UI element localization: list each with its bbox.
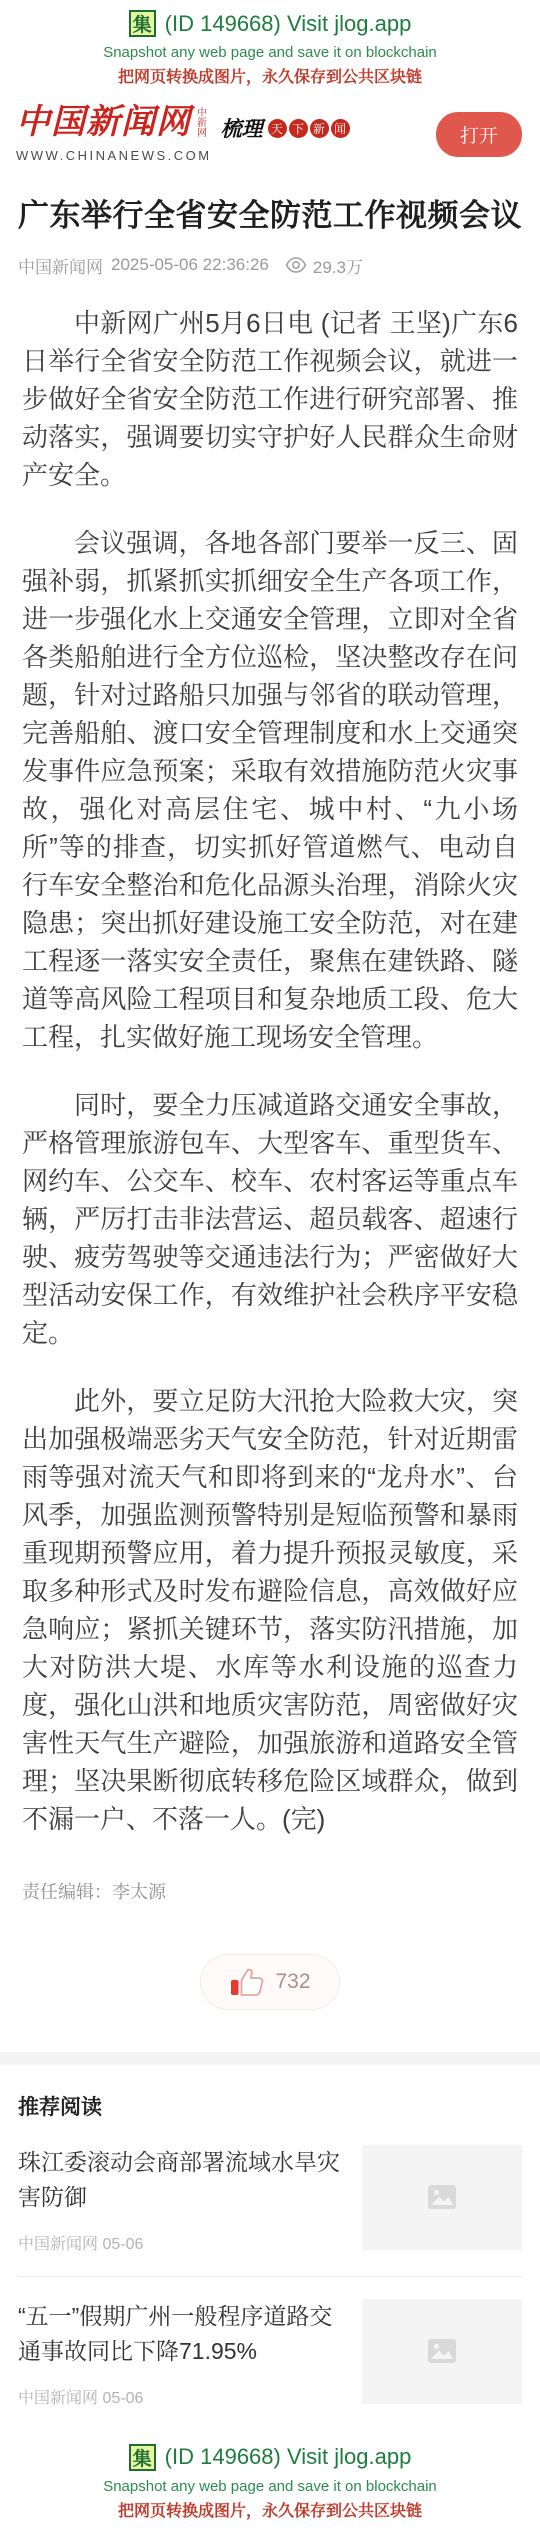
recommend-item-title[interactable]: 珠江委滚动会商部署流域水旱灾害防御 [18,2145,346,2215]
section-divider-band [0,2052,540,2065]
recommend-item[interactable]: 珠江委滚动会商部署流域水旱灾害防御 中国新闻网 05-06 [18,2145,522,2254]
recommend-divider [18,2276,522,2277]
jlog-ji-icon: 集 [129,2444,156,2471]
recommend-item-thumbnail[interactable] [362,2145,522,2250]
thumbs-up-icon [229,1967,265,1997]
jlog-banner-bottom[interactable]: 集 (ID 149668) Visit jlog.app Snapshot an… [0,2434,540,2521]
like-button[interactable]: 732 [200,1954,339,2010]
article-source: 中国新闻网 [18,253,103,278]
editor-line: 责任编辑：李太源 [22,1878,518,1904]
jlog-banner-title: (ID 149668) Visit jlog.app [165,2444,412,2470]
recommend-item-title[interactable]: “五一”假期广州一般程序道路交通事故同比下降71.95% [18,2299,346,2369]
image-placeholder-icon [427,2184,457,2210]
article-meta: 中国新闻网 2025-05-06 22:36:26 29.3万 [18,253,522,278]
article-datetime: 2025-05-06 22:36:26 [111,255,269,275]
logo-side-text: 中新网 [194,107,205,137]
article-title: 广东举行全省安全防范工作视频会议 [18,195,522,237]
jlog-banner-subtitle-en: Snapshot any web page and save it on blo… [0,44,540,61]
article-paragraph: 此外，要立足防大汛抢大险救大灾，突出加强极端恶劣天气安全防范，针对近期雷雨等强对… [22,1382,518,1838]
slogan-stamp-icon: 天 [268,119,287,138]
jlog-banner-title: (ID 149668) Visit jlog.app [165,11,412,37]
logo-calligraphy-text: 中国新闻网 [16,105,191,141]
logo-url-text: WWW.CHINANEWS.COM [16,148,350,163]
jlog-banner-subtitle-en: Snapshot any web page and save it on blo… [0,2478,540,2495]
like-count: 732 [275,1970,310,1994]
view-count: 29.3万 [313,253,363,278]
image-placeholder-icon [427,2338,457,2364]
jlog-banner-subtitle-zh: 把网页转换成图片，永久保存到公共区块链 [0,64,540,87]
recommend-item-thumbnail[interactable] [362,2299,522,2404]
chinanews-logo[interactable]: 中国新闻网 中新网 梳理 天 下 新 闻 WWW.CHINANEWS.COM [16,105,350,163]
jlog-banner-subtitle-zh: 把网页转换成图片，永久保存到公共区块链 [0,2498,540,2521]
recommend-item-source: 中国新闻网 05-06 [18,2231,346,2254]
jlog-ji-icon: 集 [129,10,156,37]
slogan-prefix-text: 梳理 [221,113,263,143]
views-eye-icon [285,257,307,273]
slogan-stamp-icon: 下 [289,119,308,138]
slogan-stamp-icon: 新 [310,119,329,138]
open-app-button[interactable]: 打开 [436,112,522,157]
site-header: 中国新闻网 中新网 梳理 天 下 新 闻 WWW.CHINANEWS.COM 打… [0,87,540,163]
news-article-page: 集 (ID 149668) Visit jlog.app Snapshot an… [0,0,540,2542]
article-paragraph: 会议强调，各地各部门要举一反三、固强补弱，抓紧抓实抓细安全生产各项工作，进一步强… [22,524,518,1056]
article-paragraph: 同时，要全力压减道路交通安全事故，严格管理旅游包车、大型客车、重型货车、网约车、… [22,1086,518,1352]
jlog-banner-top[interactable]: 集 (ID 149668) Visit jlog.app Snapshot an… [0,0,540,87]
recommend-item-source: 中国新闻网 05-06 [18,2385,346,2408]
recommend-item[interactable]: “五一”假期广州一般程序道路交通事故同比下降71.95% 中国新闻网 05-06 [18,2299,522,2408]
like-section: 732 [0,1954,540,2010]
article-body: 中新网广州5月6日电 (记者 王坚)广东6日举行全省安全防范工作视频会议，就进一… [22,304,518,1838]
article-paragraph: 中新网广州5月6日电 (记者 王坚)广东6日举行全省安全防范工作视频会议，就进一… [22,304,518,494]
logo-slogan: 梳理 天 下 新 闻 [221,113,350,143]
recommend-section: 推荐阅读 珠江委滚动会商部署流域水旱灾害防御 中国新闻网 05-06 “五一” [0,2065,540,2408]
slogan-stamp-icon: 闻 [331,119,350,138]
recommend-heading: 推荐阅读 [18,2091,522,2121]
